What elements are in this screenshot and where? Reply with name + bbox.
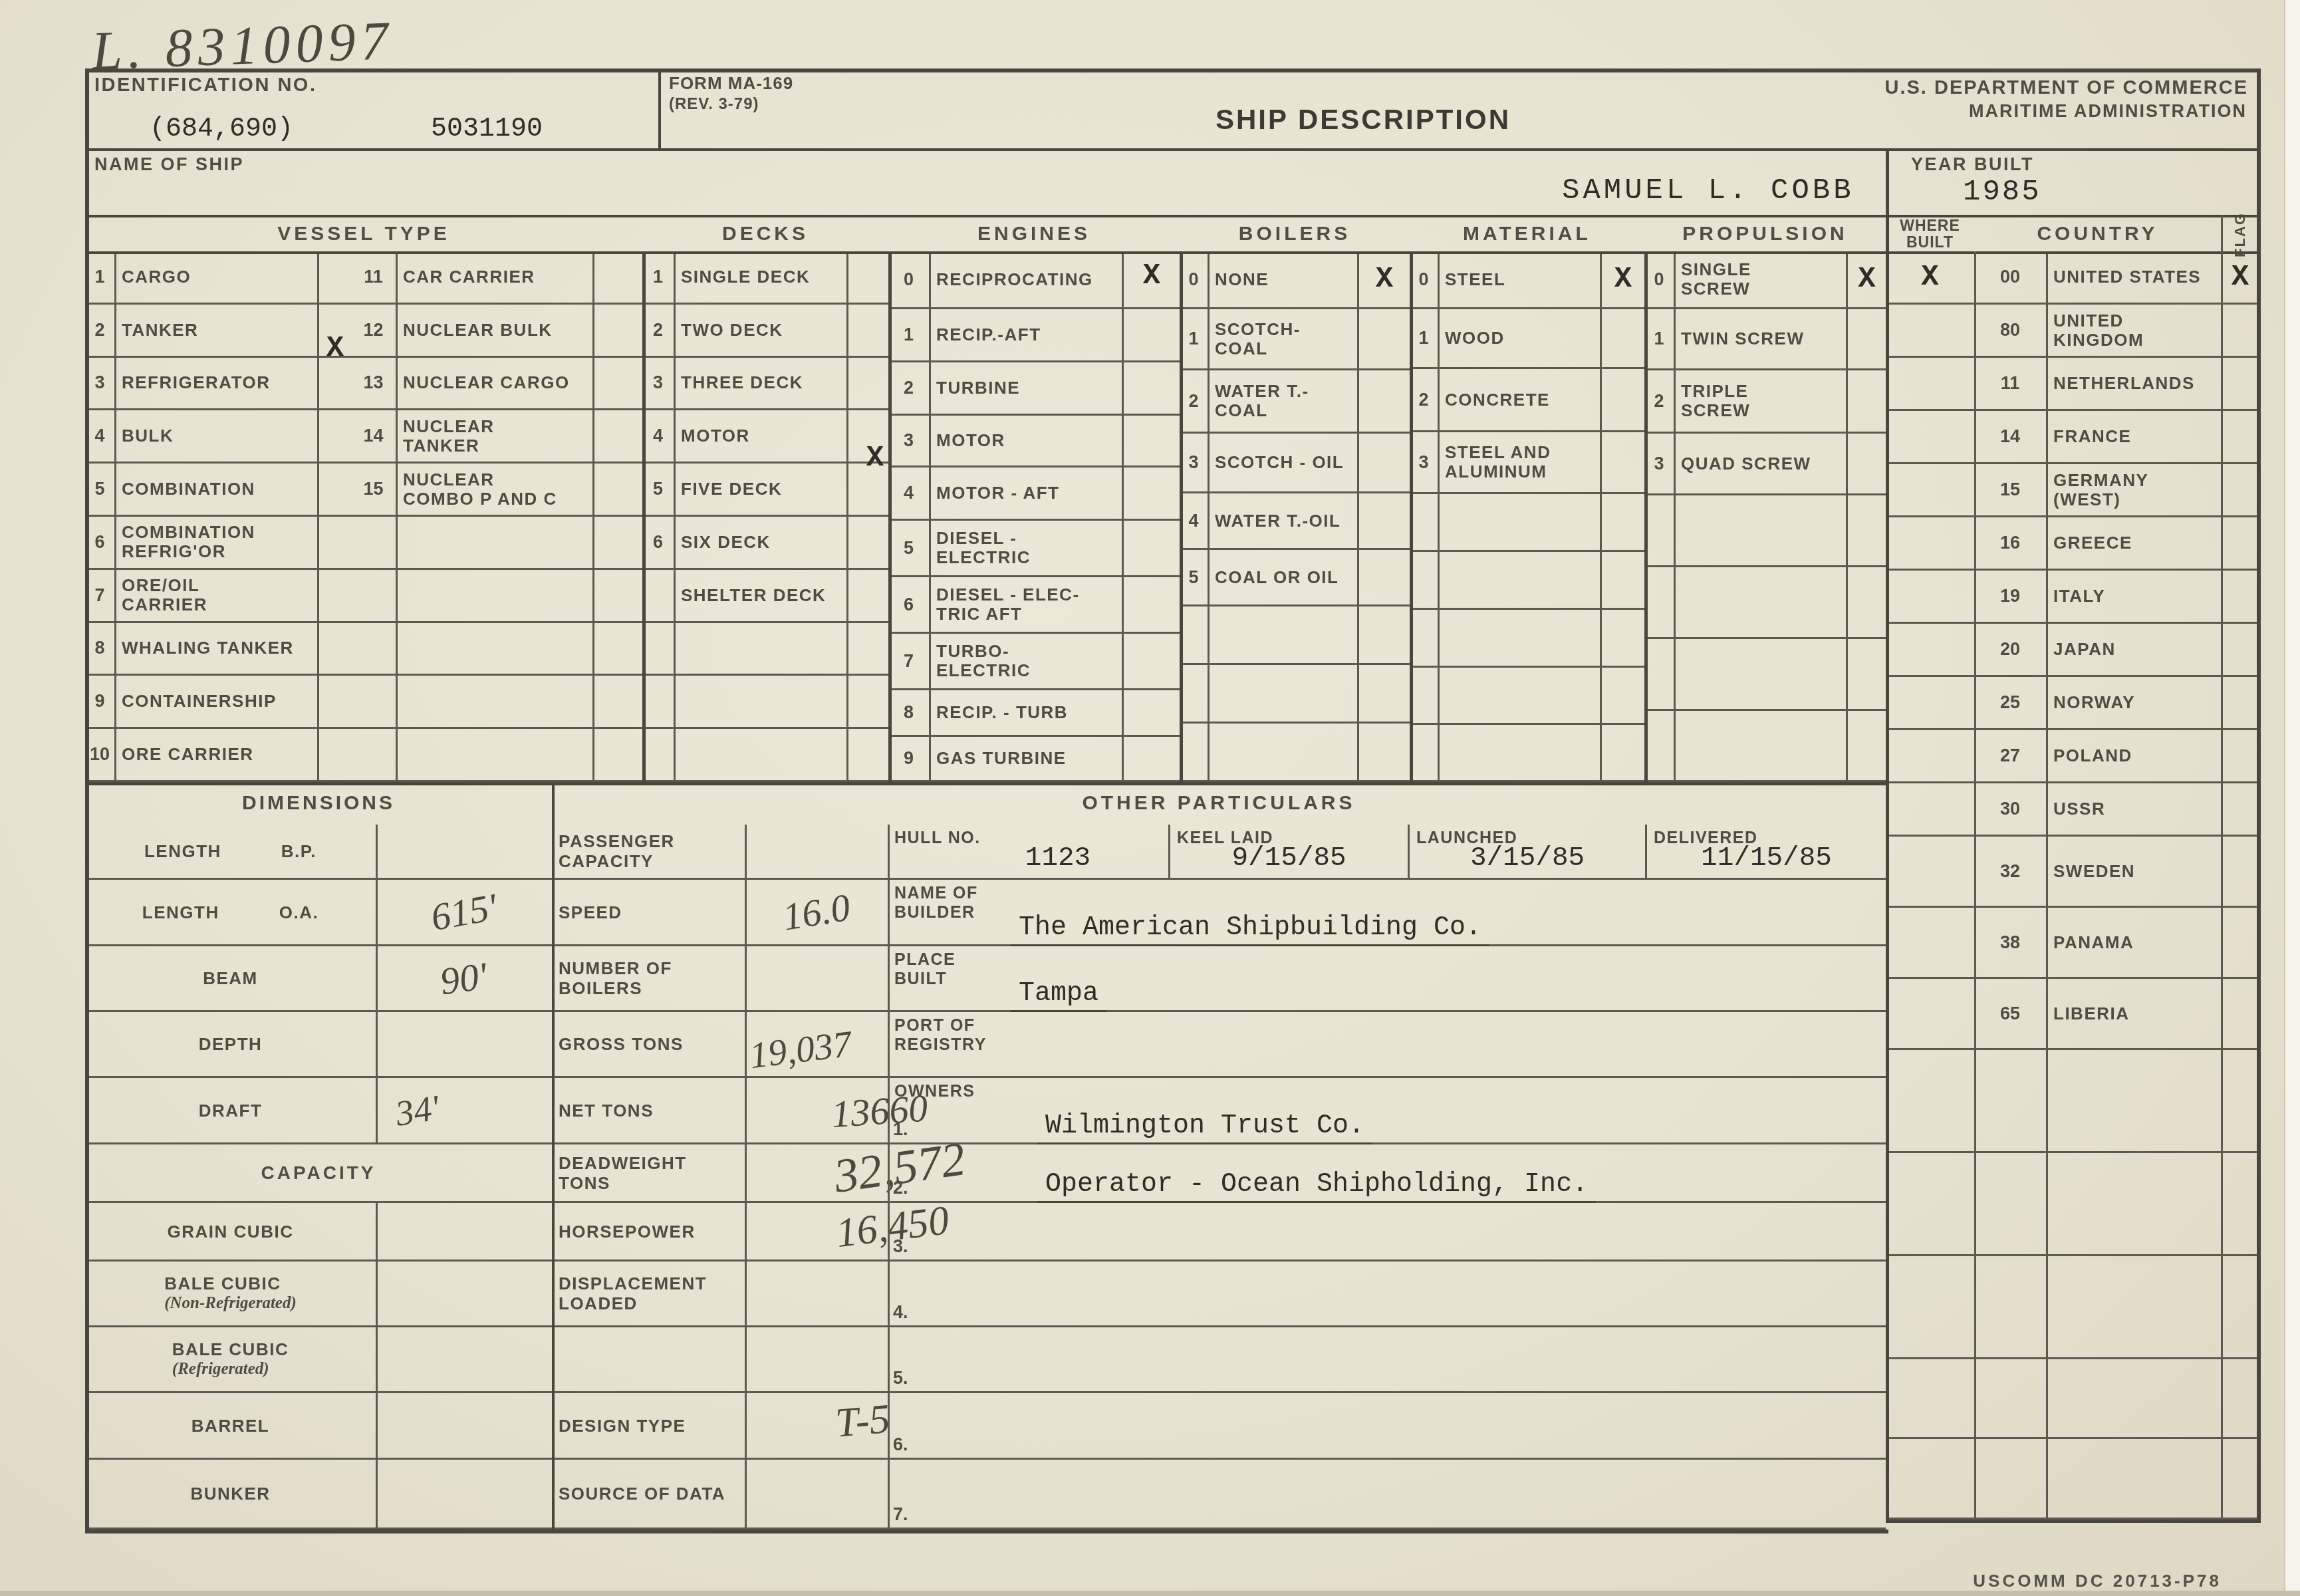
owner-row-number: 4. <box>893 1302 908 1323</box>
flag-header: FLAG <box>2221 215 2259 254</box>
table-row: DEPTH <box>85 1012 552 1078</box>
table-row: 32 SWEDEN <box>1974 837 2221 908</box>
border-line <box>376 1203 378 1529</box>
place-built-label: PLACE BUILT <box>894 950 956 989</box>
border-line <box>85 782 1886 785</box>
agency-division: MARITIME ADMINISTRATION <box>1969 101 2247 122</box>
gross-tons-value: 19,037 <box>747 1023 854 1077</box>
table-row <box>2221 517 2259 571</box>
table-row <box>1410 610 1644 668</box>
table-row <box>351 623 642 676</box>
table-row <box>1974 1256 2221 1359</box>
year-built-value: 1985 <box>1963 176 2041 209</box>
owner-row-number: 2. <box>893 1178 908 1198</box>
check-mark: X <box>326 332 344 365</box>
table-row: BUNKER <box>85 1460 552 1529</box>
table-row: 27 POLAND <box>1974 730 2221 783</box>
table-row <box>1886 1256 1974 1359</box>
table-row: 3 QUAD SCREW <box>1644 434 1886 495</box>
table-row <box>1886 908 1974 979</box>
table-row: 19 ITALY <box>1974 571 2221 624</box>
table-row: 80 UNITED KINGDOM <box>1974 305 2221 358</box>
table-row: 0 NONE X <box>1180 251 1410 309</box>
boilers-table: 0 NONE X 1 SCOTCH- COAL 2 WATER T.- COAL… <box>1180 251 1410 782</box>
keel-laid-value: 9/15/85 <box>1223 843 1354 875</box>
table-row <box>2221 979 2259 1050</box>
border-line <box>745 825 747 1529</box>
border-line <box>376 825 378 1144</box>
table-row <box>1974 1050 2221 1153</box>
table-row: 3 THREE DECK <box>642 358 888 411</box>
name-of-builder-label: NAME OF BUILDER <box>894 884 978 922</box>
border-line <box>552 782 555 1529</box>
footer-print-code: USCOMM DC 20713-P78 <box>1973 1571 2222 1591</box>
owners-label: OWNERS <box>894 1082 975 1101</box>
table-row: 3 STEEL AND ALUMINUM <box>1410 432 1644 494</box>
table-row <box>1410 552 1644 610</box>
table-row: BALE CUBIC(Non-Refrigerated) <box>85 1262 552 1327</box>
owner-row: 6. <box>888 1393 1886 1460</box>
decks-table: 1 SINGLE DECK 2 TWO DECK 3 THREE DECK 4 … <box>642 251 888 782</box>
table-row <box>2221 411 2259 464</box>
builder-row: NAME OF BUILDER The American Shipbuildin… <box>888 880 1886 946</box>
table-row: GROSS TONS 19,037 <box>552 1012 888 1078</box>
table-row <box>1886 411 1974 464</box>
year-built-label: YEAR BUILT <box>1911 154 2034 175</box>
table-row <box>1886 1153 1974 1256</box>
table-row: 11 CAR CARRIER <box>351 251 642 305</box>
table-row: 2 TRIPLE SCREW <box>1644 370 1886 434</box>
border-line <box>1410 251 1413 782</box>
border-line <box>1644 251 1648 782</box>
owner-row: OWNERS 1. Wilmington Trust Co. <box>888 1078 1886 1144</box>
identification-value-2: 5031190 <box>431 114 543 144</box>
launched-value: 3/15/85 <box>1462 843 1593 875</box>
country-table: 00 UNITED STATES 80 UNITED KINGDOM 11 NE… <box>1974 251 2221 1520</box>
check-mark: X <box>866 442 884 475</box>
check-mark: X <box>1143 259 1160 293</box>
table-row <box>642 729 888 782</box>
owner-row-number: 1. <box>893 1119 908 1140</box>
table-row <box>1974 1359 2221 1439</box>
owner-2-value: Operator - Ocean Shipholding, Inc. <box>1037 1170 1596 1203</box>
table-row: 30 USSR <box>1974 783 2221 837</box>
table-row: 8 RECIP. - TURB <box>888 690 1180 737</box>
owner-row: 7. <box>888 1460 1886 1529</box>
table-row <box>351 676 642 729</box>
table-row: NET TONS 13660 <box>552 1078 888 1144</box>
table-row: 7 ORE/OIL CARRIER <box>85 570 351 623</box>
table-row <box>2221 1153 2259 1256</box>
table-row <box>351 570 642 623</box>
table-row: 3 SCOTCH - OIL <box>1180 434 1410 493</box>
check-mark: X <box>1614 263 1632 296</box>
table-row <box>2221 305 2259 358</box>
middle-particulars-table: PASSENGER CAPACITY SPEED 16.0 NUMBER OF … <box>552 825 888 1529</box>
table-row: 38 PANAMA <box>1974 908 2221 979</box>
propulsion-header: PROPULSION <box>1644 217 1886 251</box>
table-row: 0 SINGLE SCREW X <box>1644 251 1886 309</box>
border-line <box>1180 251 1183 782</box>
table-row: 2 WATER T.- COAL <box>1180 370 1410 434</box>
table-row <box>1886 571 1974 624</box>
owner-row-number: 3. <box>893 1236 908 1257</box>
table-row: SPEED 16.0 <box>552 880 888 946</box>
table-row <box>2221 571 2259 624</box>
table-row: 1 CARGO <box>85 251 351 305</box>
table-row: 2 TURBINE <box>888 362 1180 416</box>
table-row <box>1644 711 1886 782</box>
owner-row: 2. Operator - Ocean Shipholding, Inc. <box>888 1144 1886 1203</box>
table-row: X <box>1886 251 1974 305</box>
border-line <box>2257 68 2261 1523</box>
table-row <box>351 517 642 570</box>
table-row <box>642 623 888 676</box>
table-row <box>1644 639 1886 711</box>
table-row: LENGTHO.A. 615' <box>85 880 552 946</box>
ship-description-form: L. 8310097 IDENTIFICATION NO. (684,690) … <box>0 0 2300 1596</box>
dimensions-table: LENGTHB.P. LENGTHO.A. 615' BEAM 90' DEPT… <box>85 825 552 1529</box>
table-row <box>1974 1439 2221 1520</box>
owner-row: 4. <box>888 1262 1886 1327</box>
border-line <box>85 215 2261 217</box>
table-row: 11 NETHERLANDS <box>1974 358 2221 411</box>
table-row: 4 BULK <box>85 410 351 464</box>
table-row <box>351 729 642 782</box>
table-row: 9 GAS TURBINE <box>888 737 1180 782</box>
table-row: 2 TWO DECK <box>642 305 888 358</box>
table-row <box>1180 665 1410 724</box>
table-row: GRAIN CUBIC <box>85 1203 552 1262</box>
table-row: 9 CONTAINERSHIP <box>85 676 351 729</box>
table-row: 13 NUCLEAR CARGO <box>351 358 642 411</box>
form-title: SHIP DESCRIPTION <box>1215 104 1511 136</box>
table-row <box>1886 783 1974 837</box>
propulsion-table: 0 SINGLE SCREW X 1 TWIN SCREW 2 TRIPLE S… <box>1644 251 1886 782</box>
table-row: BALE CUBIC(Refrigerated) <box>85 1327 552 1393</box>
border-line <box>1974 251 1976 1520</box>
table-row: 5 COAL OR OIL <box>1180 550 1410 606</box>
table-row: 1 SCOTCH- COAL <box>1180 309 1410 370</box>
country-header: COUNTRY <box>1974 217 2221 251</box>
table-row <box>1886 1359 1974 1439</box>
table-row: 00 UNITED STATES <box>1974 251 2221 305</box>
table-row: 2 TANKER X <box>85 305 351 358</box>
table-row <box>642 676 888 729</box>
speed-value: 16.0 <box>779 884 853 939</box>
table-row: PASSENGER CAPACITY <box>552 825 888 880</box>
border-line <box>85 68 89 1531</box>
border-line <box>1886 148 1889 1520</box>
table-row: DRAFT 34' <box>85 1078 552 1144</box>
capacity-header-row: CAPACITY <box>85 1144 552 1203</box>
form-revision: (REV. 3-79) <box>669 95 759 114</box>
table-row <box>1886 1439 1974 1520</box>
table-row <box>2221 837 2259 908</box>
material-table: 0 STEEL X 1 WOOD 2 CONCRETE 3 STEEL AND … <box>1410 251 1644 782</box>
table-row: 4 MOTOR - AFT <box>888 467 1180 521</box>
table-row <box>2221 783 2259 837</box>
check-mark: X <box>1376 263 1393 296</box>
table-row <box>2221 464 2259 517</box>
other-particulars-header: OTHER PARTICULARS <box>552 782 1886 825</box>
table-row: 1 WOOD <box>1410 309 1644 369</box>
where-built-header: WHERE BUILT <box>1886 217 1974 251</box>
table-row: 65 LIBERIA <box>1974 979 2221 1050</box>
table-row: 3 REFRIGERATOR <box>85 358 351 411</box>
table-row: 0 STEEL X <box>1410 251 1644 309</box>
table-row <box>1886 517 1974 571</box>
table-row: 7 TURBO- ELECTRIC <box>888 634 1180 690</box>
table-row: 15 NUCLEAR COMBO P AND C <box>351 464 642 517</box>
border-line <box>2221 215 2223 1520</box>
border-line <box>658 68 661 148</box>
table-row: LENGTHB.P. <box>85 825 552 880</box>
vessel-type-table-1: 1 CARGO 2 TANKER X 3 REFRIGERATOR 4 BULK… <box>85 251 351 782</box>
owner-row-number: 5. <box>893 1368 908 1389</box>
decks-header: DECKS <box>642 217 888 251</box>
table-row <box>2221 1050 2259 1153</box>
place-built-row: PLACE BUILT Tampa <box>888 946 1886 1012</box>
table-row <box>1886 624 1974 677</box>
border-line <box>85 1529 1888 1533</box>
identification-no-label: IDENTIFICATION NO. <box>94 74 317 96</box>
name-of-ship-label: NAME OF SHIP <box>94 154 244 175</box>
table-row: SHELTER DECK <box>642 570 888 623</box>
border-line <box>85 251 2261 254</box>
table-row: 4 MOTOR X <box>642 410 888 464</box>
table-row: BEAM 90' <box>85 946 552 1012</box>
table-row <box>1410 725 1644 782</box>
table-row <box>1410 494 1644 552</box>
table-row <box>2221 624 2259 677</box>
table-row: 6 COMBINATION REFRIG'OR <box>85 517 351 570</box>
table-row <box>2221 677 2259 730</box>
table-row: 12 NUCLEAR BULK <box>351 305 642 358</box>
owner-row-number: 7. <box>893 1504 908 1525</box>
table-row <box>1886 464 1974 517</box>
table-row: 3 MOTOR <box>888 416 1180 467</box>
table-row <box>1886 979 1974 1050</box>
table-row: 14 FRANCE <box>1974 411 2221 464</box>
scan-page-edge <box>2284 0 2300 1596</box>
vessel-type-header: VESSEL TYPE <box>85 217 642 251</box>
port-of-registry-row: PORT OF REGISTRY <box>888 1012 1886 1078</box>
table-row: 1 RECIP.-AFT <box>888 309 1180 362</box>
design-type-value: T-5 <box>834 1395 892 1447</box>
table-row: 25 NORWAY <box>1974 677 2221 730</box>
flag-column: X <box>2221 251 2259 1520</box>
length-oa-value: 615' <box>428 884 501 940</box>
where-built-column: X <box>1886 251 1974 1520</box>
table-row <box>1886 305 1974 358</box>
table-row: 15 GERMANY (WEST) <box>1974 464 2221 517</box>
owner-1-value: Wilmington Trust Co. <box>1037 1111 1372 1144</box>
hull-no-label: HULL NO. <box>894 829 981 848</box>
table-row: DEADWEIGHT TONS 32,572 <box>552 1144 888 1203</box>
name-of-builder-value: The American Shipbuilding Co. <box>1011 913 1489 946</box>
table-row: 4 WATER T.-OIL <box>1180 493 1410 550</box>
border-line <box>1886 1520 2259 1523</box>
table-row <box>2221 358 2259 411</box>
place-built-value: Tampa <box>1011 979 1106 1012</box>
table-row: 5 COMBINATION <box>85 464 351 517</box>
table-row: HORSEPOWER 16,450 <box>552 1203 888 1262</box>
table-row <box>1644 567 1886 639</box>
table-row <box>1410 668 1644 725</box>
hull-no-value: 1123 <box>1017 843 1098 875</box>
table-row: NUMBER OF BOILERS <box>552 946 888 1012</box>
delivered-value: 11/15/85 <box>1693 843 1840 875</box>
identification-value-1: (684,690) <box>150 114 293 144</box>
owner-row: 3. <box>888 1203 1886 1262</box>
build-dates-row: HULL NO.1123 KEEL LAID9/15/85 LAUNCHED3/… <box>888 825 1886 880</box>
draft-value: 34' <box>392 1087 442 1134</box>
vessel-type-table-2: 11 CAR CARRIER 12 NUCLEAR BULK 13 NUCLEA… <box>351 251 642 782</box>
table-row <box>1886 837 1974 908</box>
table-row <box>2221 908 2259 979</box>
check-mark: X <box>1921 261 1938 294</box>
agency-name: U.S. DEPARTMENT OF COMMERCE <box>1885 77 2248 99</box>
border-line <box>642 251 646 782</box>
table-row: 5 FIVE DECK <box>642 464 888 517</box>
table-row: 1 SINGLE DECK <box>642 251 888 305</box>
dimensions-header: DIMENSIONS <box>85 782 552 825</box>
table-row <box>1886 677 1974 730</box>
check-mark: X <box>2232 261 2249 294</box>
material-header: MATERIAL <box>1410 217 1644 251</box>
border-line <box>85 148 2261 151</box>
table-row: 20 JAPAN <box>1974 624 2221 677</box>
table-row: X <box>2221 251 2259 305</box>
ship-name-value: SAMUEL L. COBB <box>1562 174 1854 207</box>
table-row: 16 GREECE <box>1974 517 2221 571</box>
table-row: 14 NUCLEAR TANKER <box>351 410 642 464</box>
table-row: 10 ORE CARRIER <box>85 729 351 782</box>
other-particulars-table: HULL NO.1123 KEEL LAID9/15/85 LAUNCHED3/… <box>888 825 1886 1529</box>
table-row <box>1974 1153 2221 1256</box>
beam-value: 90' <box>438 953 490 1003</box>
table-row: 1 TWIN SCREW <box>1644 309 1886 370</box>
check-mark: X <box>1858 263 1875 296</box>
table-row <box>1180 606 1410 665</box>
engines-header: ENGINES <box>888 217 1180 251</box>
table-row: 6 DIESEL - ELEC- TRIC AFT <box>888 577 1180 634</box>
table-row: DESIGN TYPE T-5 <box>552 1393 888 1460</box>
table-row: BARREL <box>85 1393 552 1460</box>
engines-table: 0 RECIPROCATING X 1 RECIP.-AFT 2 TURBINE… <box>888 251 1180 782</box>
table-row: SOURCE OF DATA <box>552 1460 888 1529</box>
table-row <box>2221 1439 2259 1520</box>
boilers-header: BOILERS <box>1180 217 1410 251</box>
table-row: 5 DIESEL - ELECTRIC <box>888 521 1180 577</box>
border-line <box>888 825 890 1529</box>
border-line <box>85 68 2261 72</box>
table-row <box>2221 1256 2259 1359</box>
table-row <box>552 1327 888 1393</box>
table-row <box>1886 1050 1974 1153</box>
table-row <box>2221 730 2259 783</box>
table-row <box>2221 1359 2259 1439</box>
table-row <box>1886 730 1974 783</box>
owner-row: 5. <box>888 1327 1886 1393</box>
table-row: 6 SIX DECK <box>642 517 888 570</box>
owner-row-number: 6. <box>893 1434 908 1455</box>
table-row <box>1180 724 1410 782</box>
table-row: 0 RECIPROCATING X <box>888 251 1180 309</box>
table-row: DISPLACEMENT LOADED <box>552 1262 888 1327</box>
table-row <box>1886 358 1974 411</box>
form-number: FORM MA-169 <box>669 73 793 94</box>
border-line <box>888 251 892 782</box>
scan-page-edge-bottom <box>0 1591 2300 1596</box>
port-of-registry-label: PORT OF REGISTRY <box>894 1016 987 1055</box>
table-row <box>1644 495 1886 567</box>
table-row: 2 CONCRETE <box>1410 369 1644 432</box>
table-row: 8 WHALING TANKER <box>85 623 351 676</box>
